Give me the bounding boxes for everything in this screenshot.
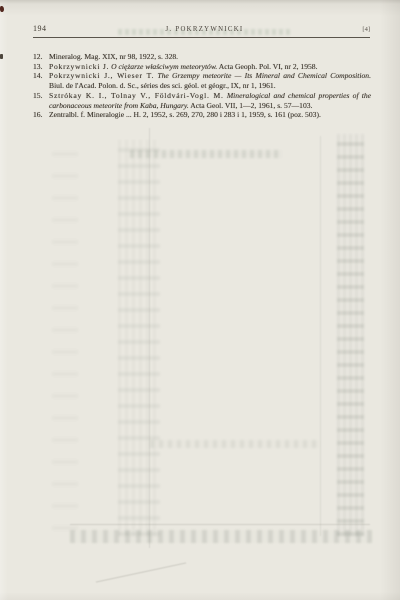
reference-text: Mineralog. Mag. XIX, nr 98, 1922, s. 328… [49, 52, 371, 62]
reference-number: 14. [33, 71, 45, 90]
show-through-number-column [118, 140, 160, 536]
reference-item: 14.Pokrzywnicki J., Wieser T. The Grzemp… [33, 71, 371, 90]
page-number: 194 [33, 24, 47, 33]
reference-item: 16.Zentralbl. f. Mineralogie ... H. 2, 1… [33, 110, 371, 120]
reference-text: Zentralbl. f. Mineralogie ... H. 2, 1952… [49, 110, 371, 120]
issue-marker: [4] [362, 26, 370, 33]
show-through-text-row [130, 150, 282, 158]
reference-text: Sztrókay K. I., Tolnay V., Földvári-Vogl… [49, 91, 371, 110]
show-through-number-column [337, 134, 364, 536]
ink-speck [0, 54, 3, 59]
show-through-text-row [150, 440, 320, 448]
header-rule [33, 37, 370, 38]
scratch-artifact [96, 562, 186, 582]
show-through-number-column [52, 150, 78, 530]
reference-item: 13.Pokrzywnicki J. O ciężarze właściwym … [33, 62, 371, 72]
show-through-text-row [70, 530, 372, 543]
show-through-table-line [149, 128, 150, 548]
page-header: 194 J. POKRZYWNICKI [4] [33, 24, 370, 33]
reference-number: 12. [33, 52, 45, 62]
scanned-document-page: 194 J. POKRZYWNICKI [4] 12.Mineralog. Ma… [0, 0, 400, 600]
reference-item: 12.Mineralog. Mag. XIX, nr 98, 1922, s. … [33, 52, 371, 62]
show-through-rule-artifact [70, 524, 370, 525]
reference-text: Pokrzywnicki J., Wieser T. The Grzempy m… [49, 71, 371, 90]
running-title: J. POKRZYWNICKI [47, 26, 363, 33]
reference-list: 12.Mineralog. Mag. XIX, nr 98, 1922, s. … [33, 52, 371, 120]
reference-number: 13. [33, 62, 45, 72]
reference-number: 16. [33, 110, 45, 120]
reference-number: 15. [33, 91, 45, 110]
show-through-table-line [320, 136, 321, 536]
reference-item: 15.Sztrókay K. I., Tolnay V., Földvári-V… [33, 91, 371, 110]
ink-speck [0, 6, 4, 12]
reference-text: Pokrzywnicki J. O ciężarze właściwym met… [49, 62, 371, 72]
